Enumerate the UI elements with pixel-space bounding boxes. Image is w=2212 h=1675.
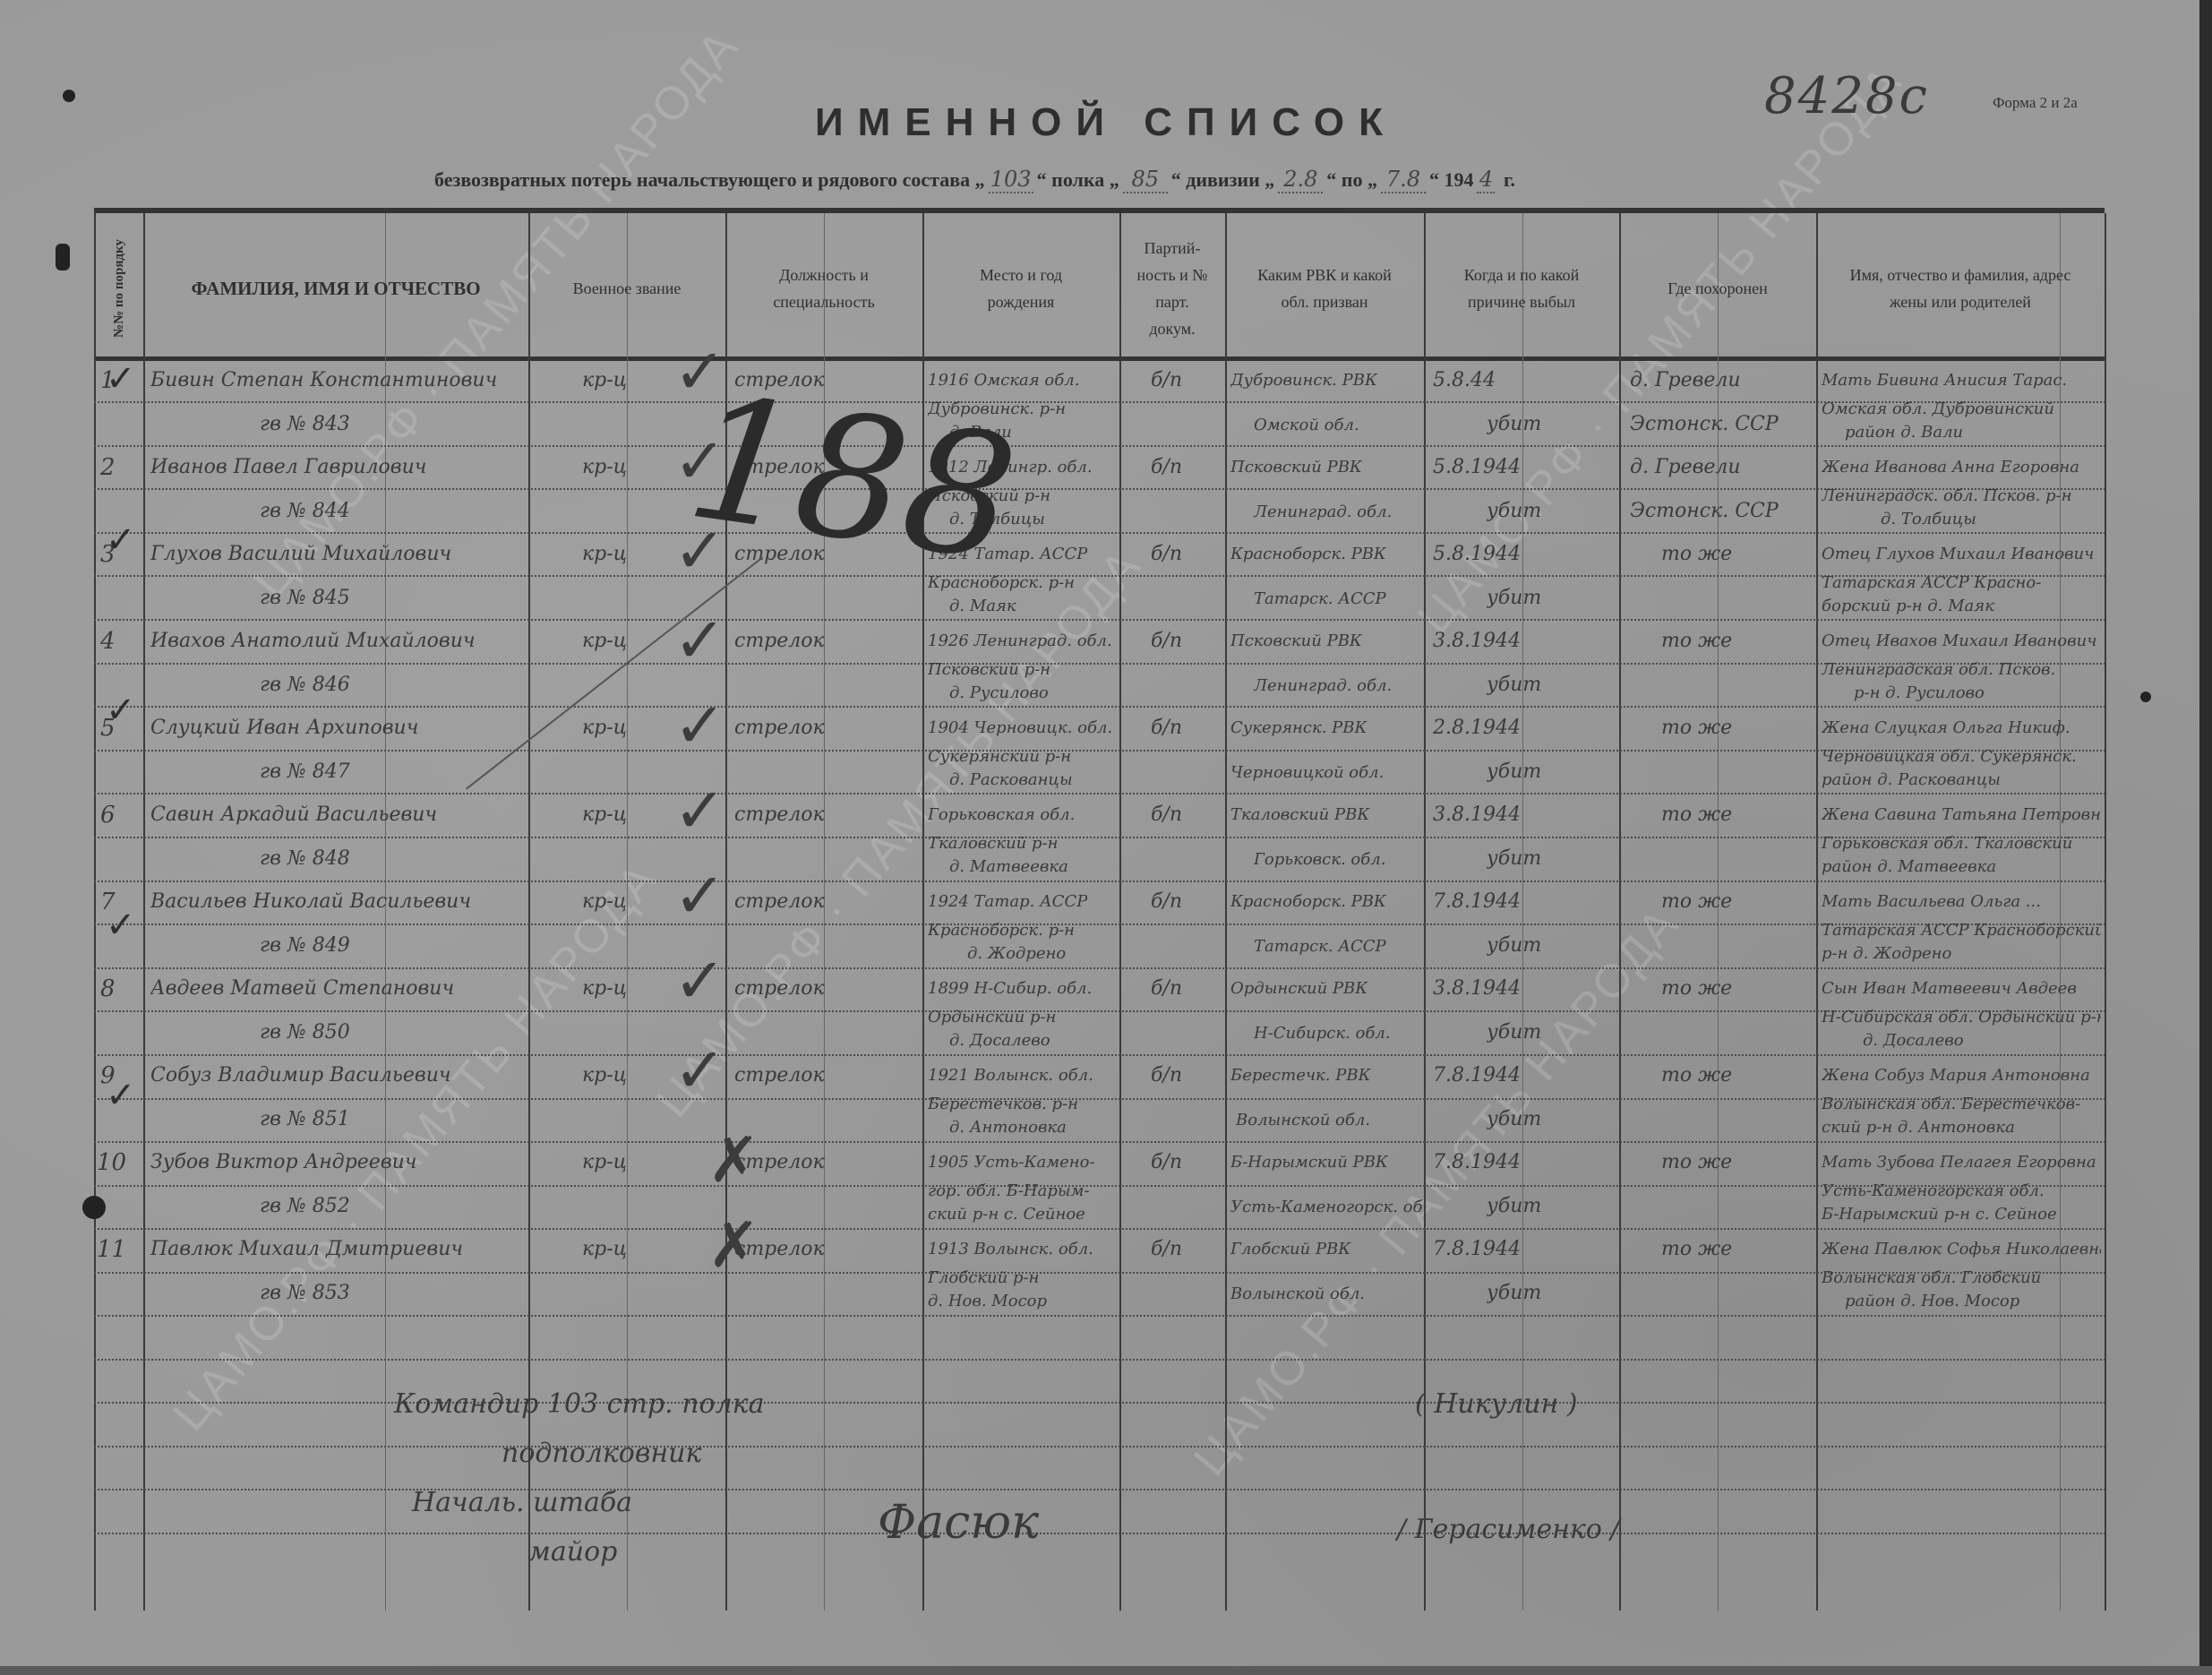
- chief-of-staff-name: / Герасименко /: [1397, 1514, 1619, 1545]
- rvk-line: Ленинград. обл.: [1254, 499, 1392, 526]
- year-suffix: 4: [1477, 167, 1495, 193]
- date-out: 7.8.1944: [1433, 1143, 1521, 1182]
- rank: кр-ц: [582, 882, 627, 922]
- position: стрелок: [734, 969, 825, 1009]
- rvk-line: Татарск. АССР: [1254, 586, 1386, 613]
- commander-name: ( Никулин ): [1415, 1388, 1577, 1420]
- row-separator: [94, 793, 2105, 795]
- burial-place: Эстонск. ССР: [1630, 492, 1779, 531]
- rvk-line: Черновицкой обл.: [1230, 760, 1423, 786]
- punch-mark: [2140, 691, 2151, 702]
- line: [94, 1533, 2105, 1534]
- burial-place: то же: [1661, 1230, 1732, 1269]
- line: [94, 1272, 2105, 1274]
- date-out: 3.8.1944: [1433, 969, 1521, 1009]
- rvk-line: Глобский РВК: [1230, 1236, 1423, 1263]
- row-separator: [94, 445, 2105, 447]
- header-full-name: ФАМИЛИЯ, ИМЯ И ОТЧЕСТВО: [143, 219, 528, 358]
- division-label: дивизии: [1186, 168, 1260, 191]
- column-divider: [94, 213, 96, 1611]
- subtitle-prefix: безвозвратных потерь начальствующего и р…: [434, 168, 970, 191]
- column-divider: [2105, 213, 2106, 1611]
- rank: кр-ц: [582, 448, 627, 487]
- reason: убит: [1487, 666, 1541, 705]
- rvk-line: Псковский РВК: [1230, 628, 1423, 655]
- row-separator: [94, 619, 2105, 621]
- party: б/п: [1151, 1056, 1182, 1095]
- burial-place: то же: [1661, 535, 1732, 574]
- full-name: Бивин Степан Константинович: [150, 361, 527, 400]
- rvk-line: Н-Сибирск. обл.: [1254, 1020, 1391, 1047]
- relatives-line: Жена Собуз Мария Антоновна: [1822, 1062, 2101, 1089]
- margin-tick-icon: ✓: [106, 1075, 136, 1116]
- position: стрелок: [734, 1056, 825, 1095]
- regiment-label: полка: [1051, 168, 1104, 191]
- line: [94, 488, 2105, 490]
- rvk-line: Ордынский РВК: [1230, 975, 1423, 1002]
- rvk-line: Горьковск. обл.: [1254, 846, 1385, 873]
- relatives-line: Жена Иванова Анна Егоровна: [1822, 454, 2101, 481]
- row-number: 10: [97, 1143, 126, 1182]
- line: [94, 575, 2105, 577]
- relatives-line: район д. Матвеевка: [1822, 854, 2101, 880]
- column-divider: [143, 213, 145, 1611]
- burial-place: то же: [1661, 969, 1732, 1009]
- row-number: 11: [97, 1230, 126, 1269]
- rvk-line: Ткаловский РВК: [1230, 802, 1423, 829]
- birth-line: 1913 Волынск. обл.: [928, 1236, 1093, 1263]
- document-sheet: ЦАМО.РФ · ПАМЯТЬ НАРОДА ЦАМО.РФ · ПАМЯТЬ…: [0, 0, 2212, 1675]
- check-icon: ✓: [673, 1039, 726, 1102]
- line: [94, 1359, 2105, 1361]
- date-out: 7.8.1944: [1433, 1230, 1521, 1269]
- token-number: гв № 853: [260, 1274, 350, 1313]
- rvk-line: Омской обл.: [1254, 412, 1359, 439]
- relatives-line: Б-Нарымский р-н с. Сейное: [1822, 1201, 2101, 1228]
- full-name: Савин Аркадий Васильевич: [150, 795, 527, 835]
- check-icon: ✓: [673, 694, 726, 757]
- birth-line: 1899 Н-Сибир. обл.: [928, 975, 1092, 1002]
- rvk-line: Ленинград. обл.: [1254, 673, 1392, 700]
- party: б/п: [1151, 622, 1182, 661]
- relatives-line: д. Толбицы: [1881, 506, 2105, 533]
- relatives-line: ский р-н д. Антоновка: [1822, 1114, 2101, 1141]
- birth-line: д. Русилово: [949, 680, 1049, 707]
- token-number: гв № 849: [260, 926, 350, 966]
- line: [94, 837, 2105, 838]
- column-divider: [1225, 213, 1227, 1611]
- pencil-annotation: 188: [680, 373, 1025, 587]
- header-top-rule: [94, 208, 2105, 213]
- row-number: 2: [100, 448, 116, 487]
- rvk-line: Красноборск. РВК: [1230, 889, 1423, 915]
- birth-line: 1905 Усть-Камено-: [928, 1149, 1095, 1176]
- rvk-line: Сукерянск. РВК: [1230, 715, 1423, 742]
- relatives-line: Мать Бивина Анисия Тарас.: [1822, 367, 2101, 394]
- check-icon: ✓: [673, 949, 726, 1012]
- birth-line: 1904 Черновицк. обл.: [928, 715, 1112, 742]
- relatives-line: район д. Нов. Мосор: [1845, 1288, 2105, 1315]
- line: [94, 1098, 2105, 1100]
- row-separator: [94, 706, 2105, 708]
- column-divider: [1119, 213, 1121, 1611]
- birth-line: д. Нов. Мосор: [928, 1288, 1047, 1315]
- chief-of-staff-title: Началь. штаба: [412, 1487, 632, 1518]
- date-out: 5.8.44: [1433, 361, 1496, 400]
- birth-line: 1926 Ленинград. обл.: [928, 628, 1112, 655]
- token-number: гв № 846: [260, 666, 350, 705]
- punch-mark: [82, 1196, 106, 1219]
- birth-line: д. Жодрено: [967, 941, 1066, 967]
- reason: убит: [1487, 1013, 1541, 1052]
- relatives-line: Отец Глухов Михаил Иванович: [1822, 541, 2101, 568]
- birth-line: ский р-н с. Сейное: [928, 1201, 1085, 1228]
- burial-place: Эстонск. ССР: [1630, 405, 1779, 444]
- rank: кр-ц: [582, 969, 627, 1009]
- check-icon: ✓: [673, 864, 726, 927]
- line: [94, 1489, 2105, 1490]
- date-out: 5.8.1944: [1433, 448, 1521, 487]
- burial-place: д. Гревели: [1630, 448, 1741, 487]
- line: [94, 1185, 2105, 1187]
- birth-line: д. Матвеевка: [949, 854, 1068, 880]
- date-out: 2.8.1944: [1433, 709, 1521, 748]
- relatives-line: Сын Иван Матвеевич Авдеев: [1822, 975, 2101, 1002]
- row-number: 4: [100, 622, 116, 661]
- check-icon: ✓: [673, 779, 726, 842]
- rvk-line: Волынской обл.: [1236, 1107, 1370, 1134]
- position: стрелок: [734, 795, 825, 835]
- year-unit: г.: [1504, 168, 1515, 191]
- party: б/п: [1151, 448, 1182, 487]
- rvk-line: Псковский РВК: [1230, 454, 1423, 481]
- reason: убит: [1487, 492, 1541, 531]
- relatives-line: Отец Ивахов Михаил Иванович: [1822, 628, 2101, 655]
- date-out: 5.8.1944: [1433, 535, 1521, 574]
- birth-line: Горьковская обл.: [928, 802, 1075, 829]
- token-number: гв № 852: [260, 1187, 350, 1226]
- full-name: Авдеев Матвей Степанович: [150, 969, 527, 1009]
- rvk-line: Волынской обл.: [1230, 1281, 1423, 1308]
- date-out: 3.8.1944: [1433, 795, 1521, 835]
- margin-tick-icon: ✓: [106, 520, 136, 561]
- relatives-line: район д. Вали: [1845, 419, 2105, 446]
- position: стрелок: [734, 709, 825, 748]
- relatives-line: борский р-н д. Маяк: [1822, 593, 2101, 620]
- document-title: ИМЕННОЙ СПИСОК: [0, 100, 2212, 145]
- rank: кр-ц: [582, 622, 627, 661]
- full-name: Собуз Владимир Васильевич: [150, 1056, 527, 1095]
- token-number: гв № 847: [260, 752, 350, 792]
- token-number: гв № 843: [260, 405, 350, 444]
- rvk-line: Красноборск. РВК: [1230, 541, 1423, 568]
- party: б/п: [1151, 361, 1182, 400]
- header-when-why: Когда и по какой причине выбыл: [1424, 219, 1619, 358]
- birth-line: д. Антоновка: [949, 1114, 1067, 1141]
- burial-place: то же: [1661, 622, 1732, 661]
- reason: убит: [1487, 839, 1541, 879]
- row-separator: [94, 1315, 2105, 1317]
- column-divider: [1619, 213, 1621, 1611]
- birth-line: 1921 Волынск. обл.: [928, 1062, 1093, 1089]
- header-relatives: Имя, отчество и фамилия, адрес жены или …: [1816, 219, 2105, 358]
- burial-place: д. Гревели: [1630, 361, 1741, 400]
- scan-edge: [2199, 0, 2212, 1675]
- margin-tick-icon: ✓: [106, 905, 136, 946]
- burial-place: то же: [1661, 882, 1732, 922]
- relatives-line: Мать Васильева Ольга ...: [1822, 889, 2101, 915]
- cross-icon: ✗: [707, 1129, 760, 1191]
- rank: кр-ц: [582, 535, 627, 574]
- token-number: гв № 844: [260, 492, 350, 531]
- reason: убит: [1487, 1187, 1541, 1226]
- birth-line: д. Раскованцы: [949, 767, 1073, 794]
- header-rvk: Каким РВК и какой обл. призван: [1225, 219, 1424, 358]
- chief-of-staff-signature: Фасюк: [878, 1496, 1039, 1550]
- full-name: Зубов Виктор Андреевич: [150, 1143, 527, 1182]
- reason: убит: [1487, 926, 1541, 966]
- rank: кр-ц: [582, 1143, 627, 1182]
- party: б/п: [1151, 1230, 1182, 1269]
- rvk-line: Б-Нарымский РВК: [1230, 1149, 1423, 1176]
- header-position: Должность и специальность: [725, 219, 922, 358]
- reason: убит: [1487, 579, 1541, 618]
- to-label: по: [1342, 168, 1363, 191]
- date-out: 7.8.1944: [1433, 882, 1521, 922]
- rank: кр-ц: [582, 1056, 627, 1095]
- line: [94, 1010, 2105, 1012]
- burial-place: то же: [1661, 795, 1732, 835]
- line: [94, 401, 2105, 403]
- scan-edge: [0, 1666, 2212, 1675]
- relatives-line: район д. Раскованцы: [1822, 767, 2101, 794]
- chief-of-staff-rank: майор: [528, 1536, 617, 1568]
- party: б/п: [1151, 882, 1182, 922]
- token-number: гв № 848: [260, 839, 350, 879]
- relatives-line: д. Досалево: [1863, 1027, 2105, 1054]
- relatives-line: Мать Зубова Пелагея Егоровна: [1822, 1149, 2101, 1176]
- reason: убит: [1487, 405, 1541, 444]
- date-out: 3.8.1944: [1433, 622, 1521, 661]
- cross-icon: ✗: [707, 1214, 760, 1276]
- burial-place: то же: [1661, 709, 1732, 748]
- token-number: гв № 851: [260, 1100, 350, 1139]
- rvk-line: Дубровинск. РВК: [1230, 367, 1423, 394]
- rank: кр-ц: [582, 709, 627, 748]
- reason: убит: [1487, 1100, 1541, 1139]
- line: [94, 923, 2105, 925]
- full-name: Иванов Павел Гаврилович: [150, 448, 527, 487]
- party: б/п: [1151, 969, 1182, 1009]
- position: стрелок: [734, 622, 825, 661]
- division-number: 85: [1123, 167, 1168, 193]
- full-name: Васильев Николай Васильевич: [150, 882, 527, 922]
- regiment-number: 103: [989, 167, 1033, 193]
- line: [94, 750, 2105, 752]
- punch-mark: [63, 90, 75, 102]
- date-out: 7.8.1944: [1433, 1056, 1521, 1095]
- rank: кр-ц: [582, 361, 627, 400]
- relatives-line: Жена Павлюк Софья Николаевна: [1822, 1236, 2101, 1263]
- rvk-line: Татарск. АССР: [1254, 933, 1386, 960]
- date-from: 2.8: [1278, 167, 1323, 193]
- birth-line: д. Досалево: [949, 1027, 1050, 1054]
- relatives-line: Жена Савина Татьяна Петровна: [1822, 802, 2101, 829]
- row-number: 8: [100, 969, 116, 1009]
- date-to: 7.8: [1381, 167, 1426, 193]
- header-buried: Где похоронен: [1619, 219, 1816, 358]
- rvk-line: Берестечк. РВК: [1230, 1062, 1423, 1089]
- relatives-line: Жена Слуцкая Ольга Никиф.: [1822, 715, 2101, 742]
- line: [94, 1446, 2105, 1447]
- full-name: Слуцкий Иван Архипович: [150, 709, 527, 748]
- margin-tick-icon: ✓: [106, 690, 136, 731]
- token-number: гв № 845: [260, 579, 350, 618]
- punch-mark: [56, 244, 70, 271]
- margin-tick-icon: ✓: [106, 358, 136, 399]
- commander-title: Командир 103 стр. полка: [394, 1388, 764, 1420]
- burial-place: то же: [1661, 1056, 1732, 1095]
- header-party: Партий-ность и № парт. докум.: [1119, 219, 1225, 358]
- relatives-line: р-н д. Русилово: [1854, 680, 2105, 707]
- token-number: гв № 850: [260, 1013, 350, 1052]
- reason: убит: [1487, 752, 1541, 792]
- party: б/п: [1151, 1143, 1182, 1182]
- reason: убит: [1487, 1274, 1541, 1313]
- burial-place: то же: [1661, 1143, 1732, 1182]
- year-prefix: 194: [1444, 168, 1473, 191]
- relatives-line: р-н д. Жодрено: [1822, 941, 2101, 967]
- party: б/п: [1151, 795, 1182, 835]
- full-name: Павлюк Михаил Дмитриевич: [150, 1230, 527, 1269]
- rank: кр-ц: [582, 1230, 627, 1269]
- document-subtitle: безвозвратных потерь начальствующего и р…: [434, 167, 1515, 193]
- party: б/п: [1151, 535, 1182, 574]
- full-name: Глухов Василий Михайлович: [150, 535, 527, 574]
- header-row-number: №№ по порядку: [94, 219, 143, 358]
- commander-rank: подполковник: [502, 1438, 701, 1469]
- birth-line: 1924 Татар. АССР: [928, 889, 1087, 915]
- full-name: Ивахов Анатолий Михайлович: [150, 622, 527, 661]
- row-number: 6: [100, 795, 116, 835]
- birth-line: 1916 Омская обл.: [928, 367, 1079, 394]
- header-birth: Место и год рождения: [922, 219, 1119, 358]
- line: [94, 663, 2105, 665]
- party: б/п: [1151, 709, 1182, 748]
- column-divider: [1816, 213, 1818, 1611]
- rank: кр-ц: [582, 795, 627, 835]
- position: стрелок: [734, 882, 825, 922]
- rvk-line: Усть-Каменогорск. обл.: [1230, 1194, 1423, 1221]
- row-separator: [94, 532, 2105, 534]
